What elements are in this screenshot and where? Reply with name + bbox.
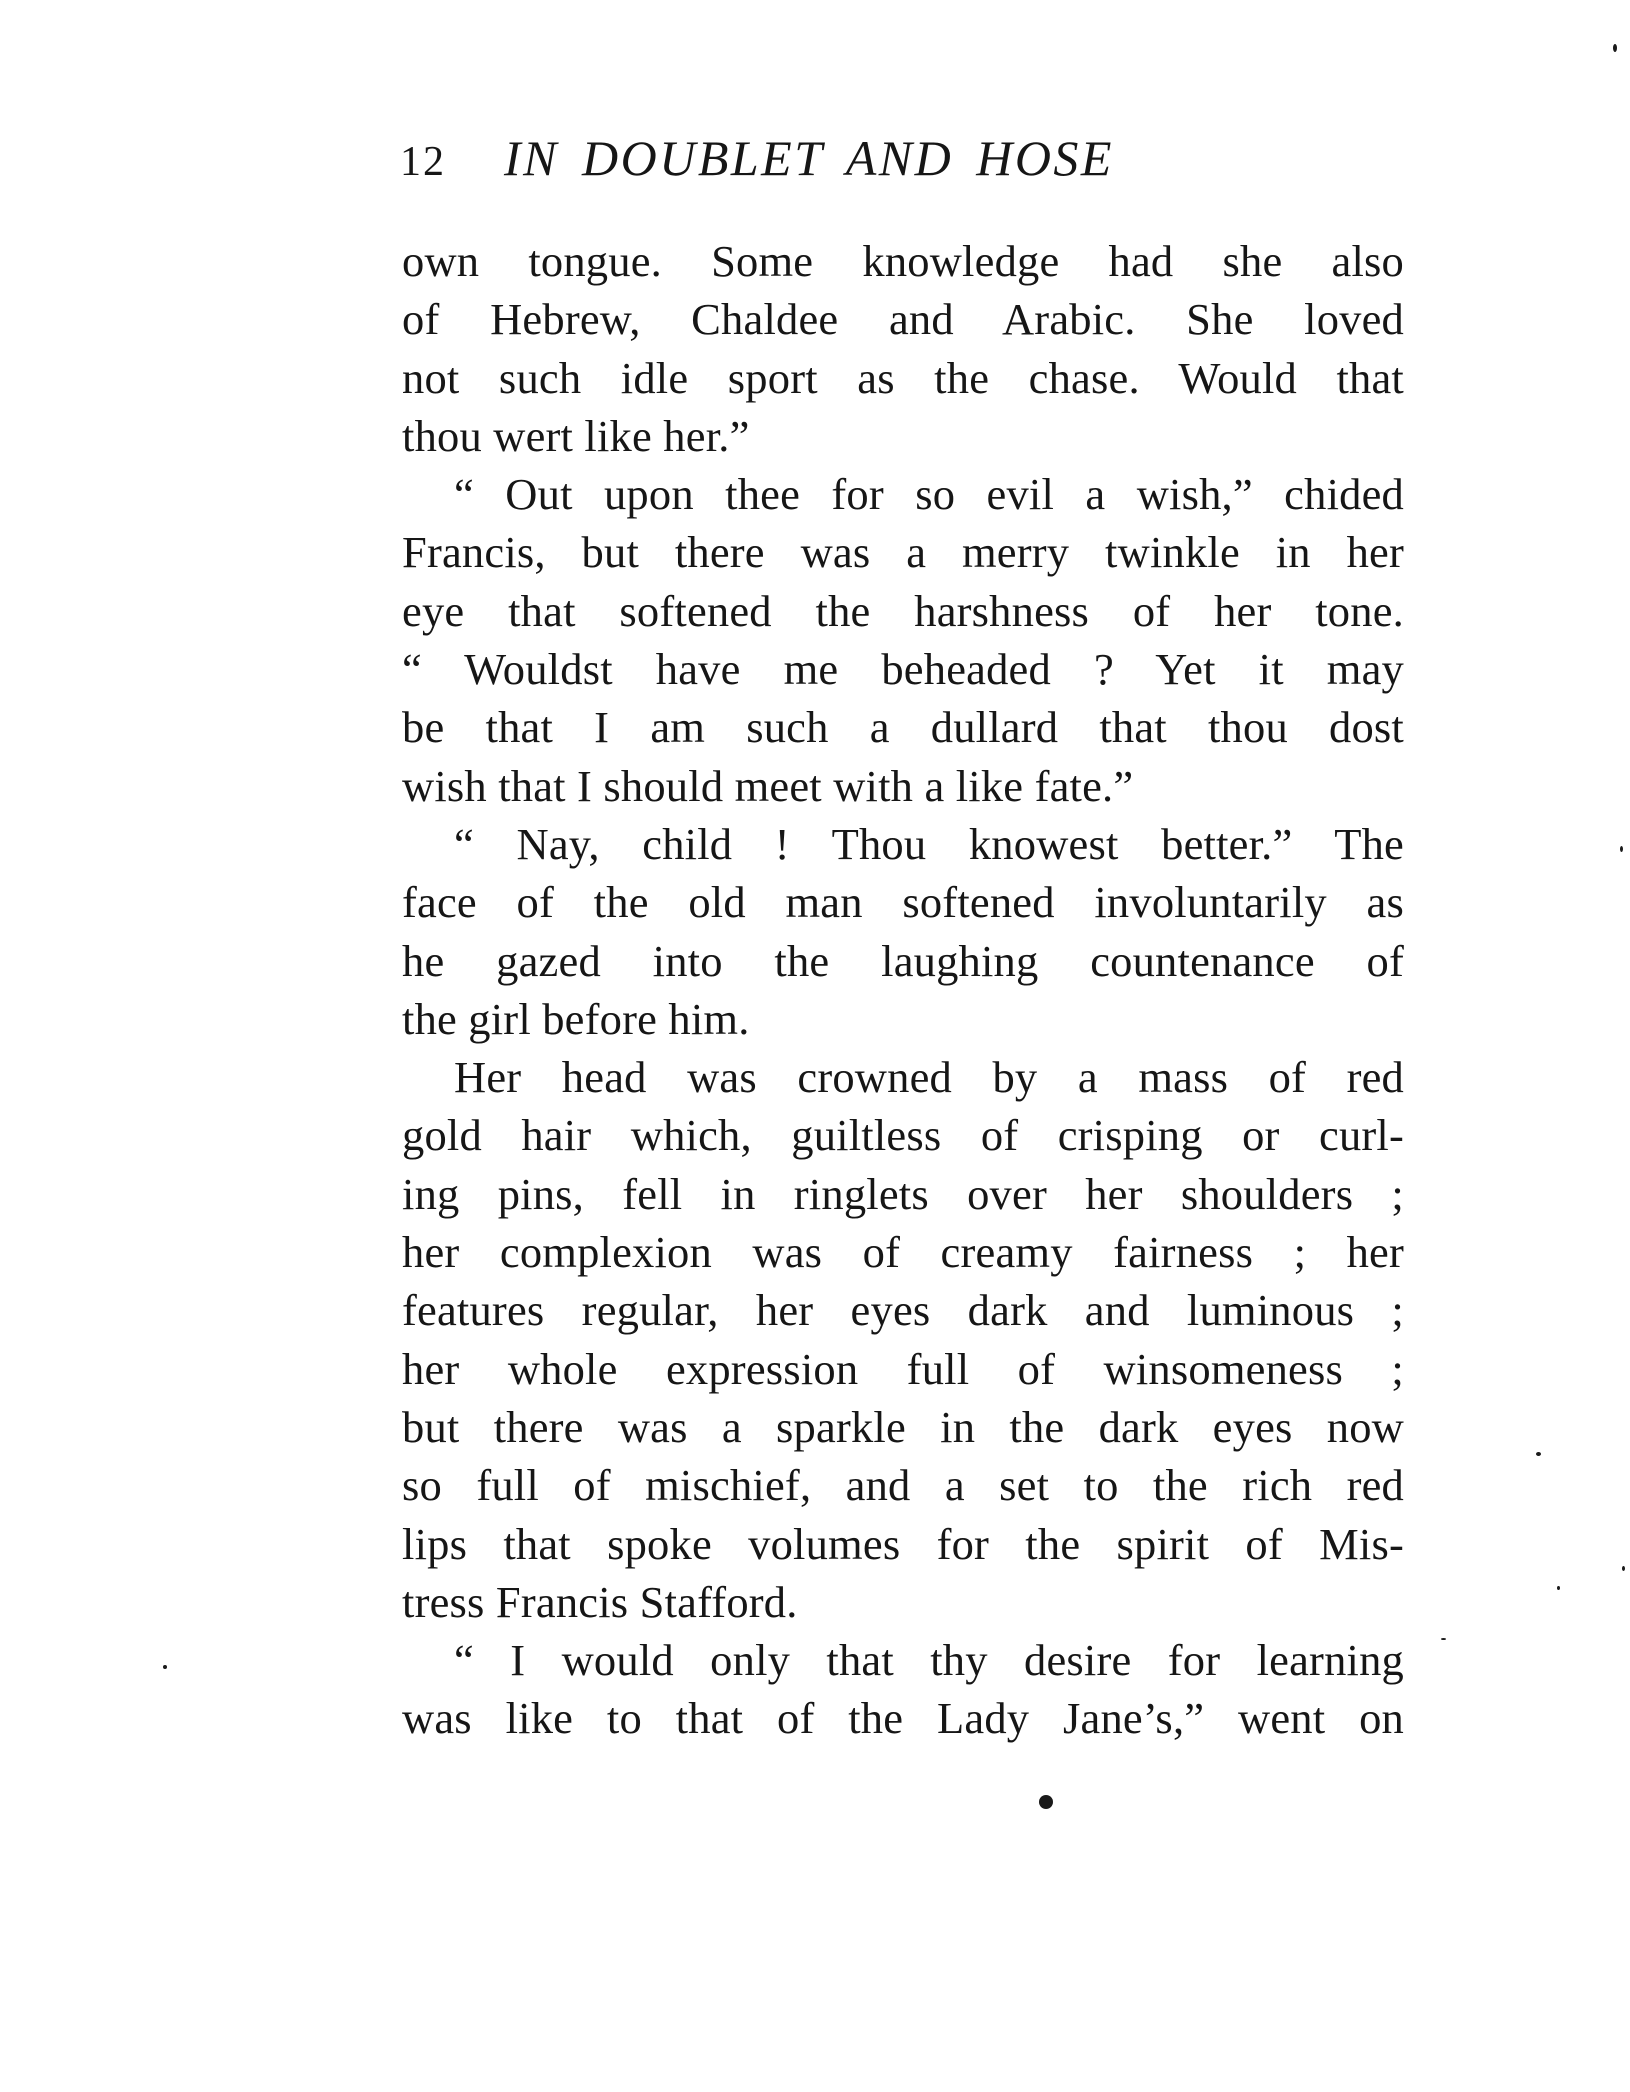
text-line: Francis, but there was a merry twinkle i…: [402, 523, 1404, 581]
text-line: lips that spoke volumes for the spirit o…: [402, 1515, 1404, 1573]
book-page: 12IN DOUBLET AND HOSE own tongue. Some k…: [0, 0, 1630, 2092]
text-line: features regular, her eyes dark and lumi…: [402, 1281, 1404, 1339]
text-line: so full of mischief, and a set to the ri…: [402, 1456, 1404, 1514]
ink-speck: [1613, 44, 1617, 52]
text-line: face of the old man softened involuntari…: [402, 873, 1404, 931]
text-line: her whole expression full of winsomeness…: [402, 1340, 1404, 1398]
text-line: the girl before him.: [402, 990, 1404, 1048]
text-line: be that I am such a dullard that thou do…: [402, 698, 1404, 756]
text-line: eye that softened the harshness of her t…: [402, 582, 1404, 640]
text-line: “ Nay, child ! Thou knowest better.” The: [402, 815, 1404, 873]
ink-speck: [1039, 1795, 1053, 1809]
running-head: 12IN DOUBLET AND HOSE: [400, 128, 1400, 188]
text-line: her complexion was of creamy fairness ; …: [402, 1223, 1404, 1281]
text-line: not such idle sport as the chase. Would …: [402, 349, 1404, 407]
text-line: “ I would only that thy desire for learn…: [402, 1631, 1404, 1689]
ink-speck: [1536, 1452, 1541, 1456]
running-title: IN DOUBLET AND HOSE: [504, 128, 1114, 188]
text-line: was like to that of the Lady Jane’s,” we…: [402, 1689, 1404, 1747]
text-line: ing pins, fell in ringlets over her shou…: [402, 1165, 1404, 1223]
text-line: of Hebrew, Chaldee and Arabic. She loved: [402, 290, 1404, 348]
text-line: “ Wouldst have me beheaded ? Yet it may: [402, 640, 1404, 698]
text-line: own tongue. Some knowledge had she also: [402, 232, 1404, 290]
text-line: wish that I should meet with a like fate…: [402, 757, 1404, 815]
text-line: tress Francis Stafford.: [402, 1573, 1404, 1631]
ink-speck: [163, 1665, 167, 1669]
text-line: Her head was crowned by a mass of red: [402, 1048, 1404, 1106]
text-line: thou wert like her.”: [402, 407, 1404, 465]
text-line: gold hair which, guiltless of crisping o…: [402, 1106, 1404, 1164]
text-line: but there was a sparkle in the dark eyes…: [402, 1398, 1404, 1456]
body-text: own tongue. Some knowledge had she also …: [402, 232, 1404, 1748]
ink-speck: [1557, 1586, 1560, 1590]
page-number: 12: [400, 132, 446, 192]
text-line: “ Out upon thee for so evil a wish,” chi…: [402, 465, 1404, 523]
ink-speck: [1620, 846, 1623, 852]
ink-speck: [1622, 1566, 1625, 1571]
ink-speck: [1441, 1638, 1446, 1640]
text-line: he gazed into the laughing countenance o…: [402, 932, 1404, 990]
